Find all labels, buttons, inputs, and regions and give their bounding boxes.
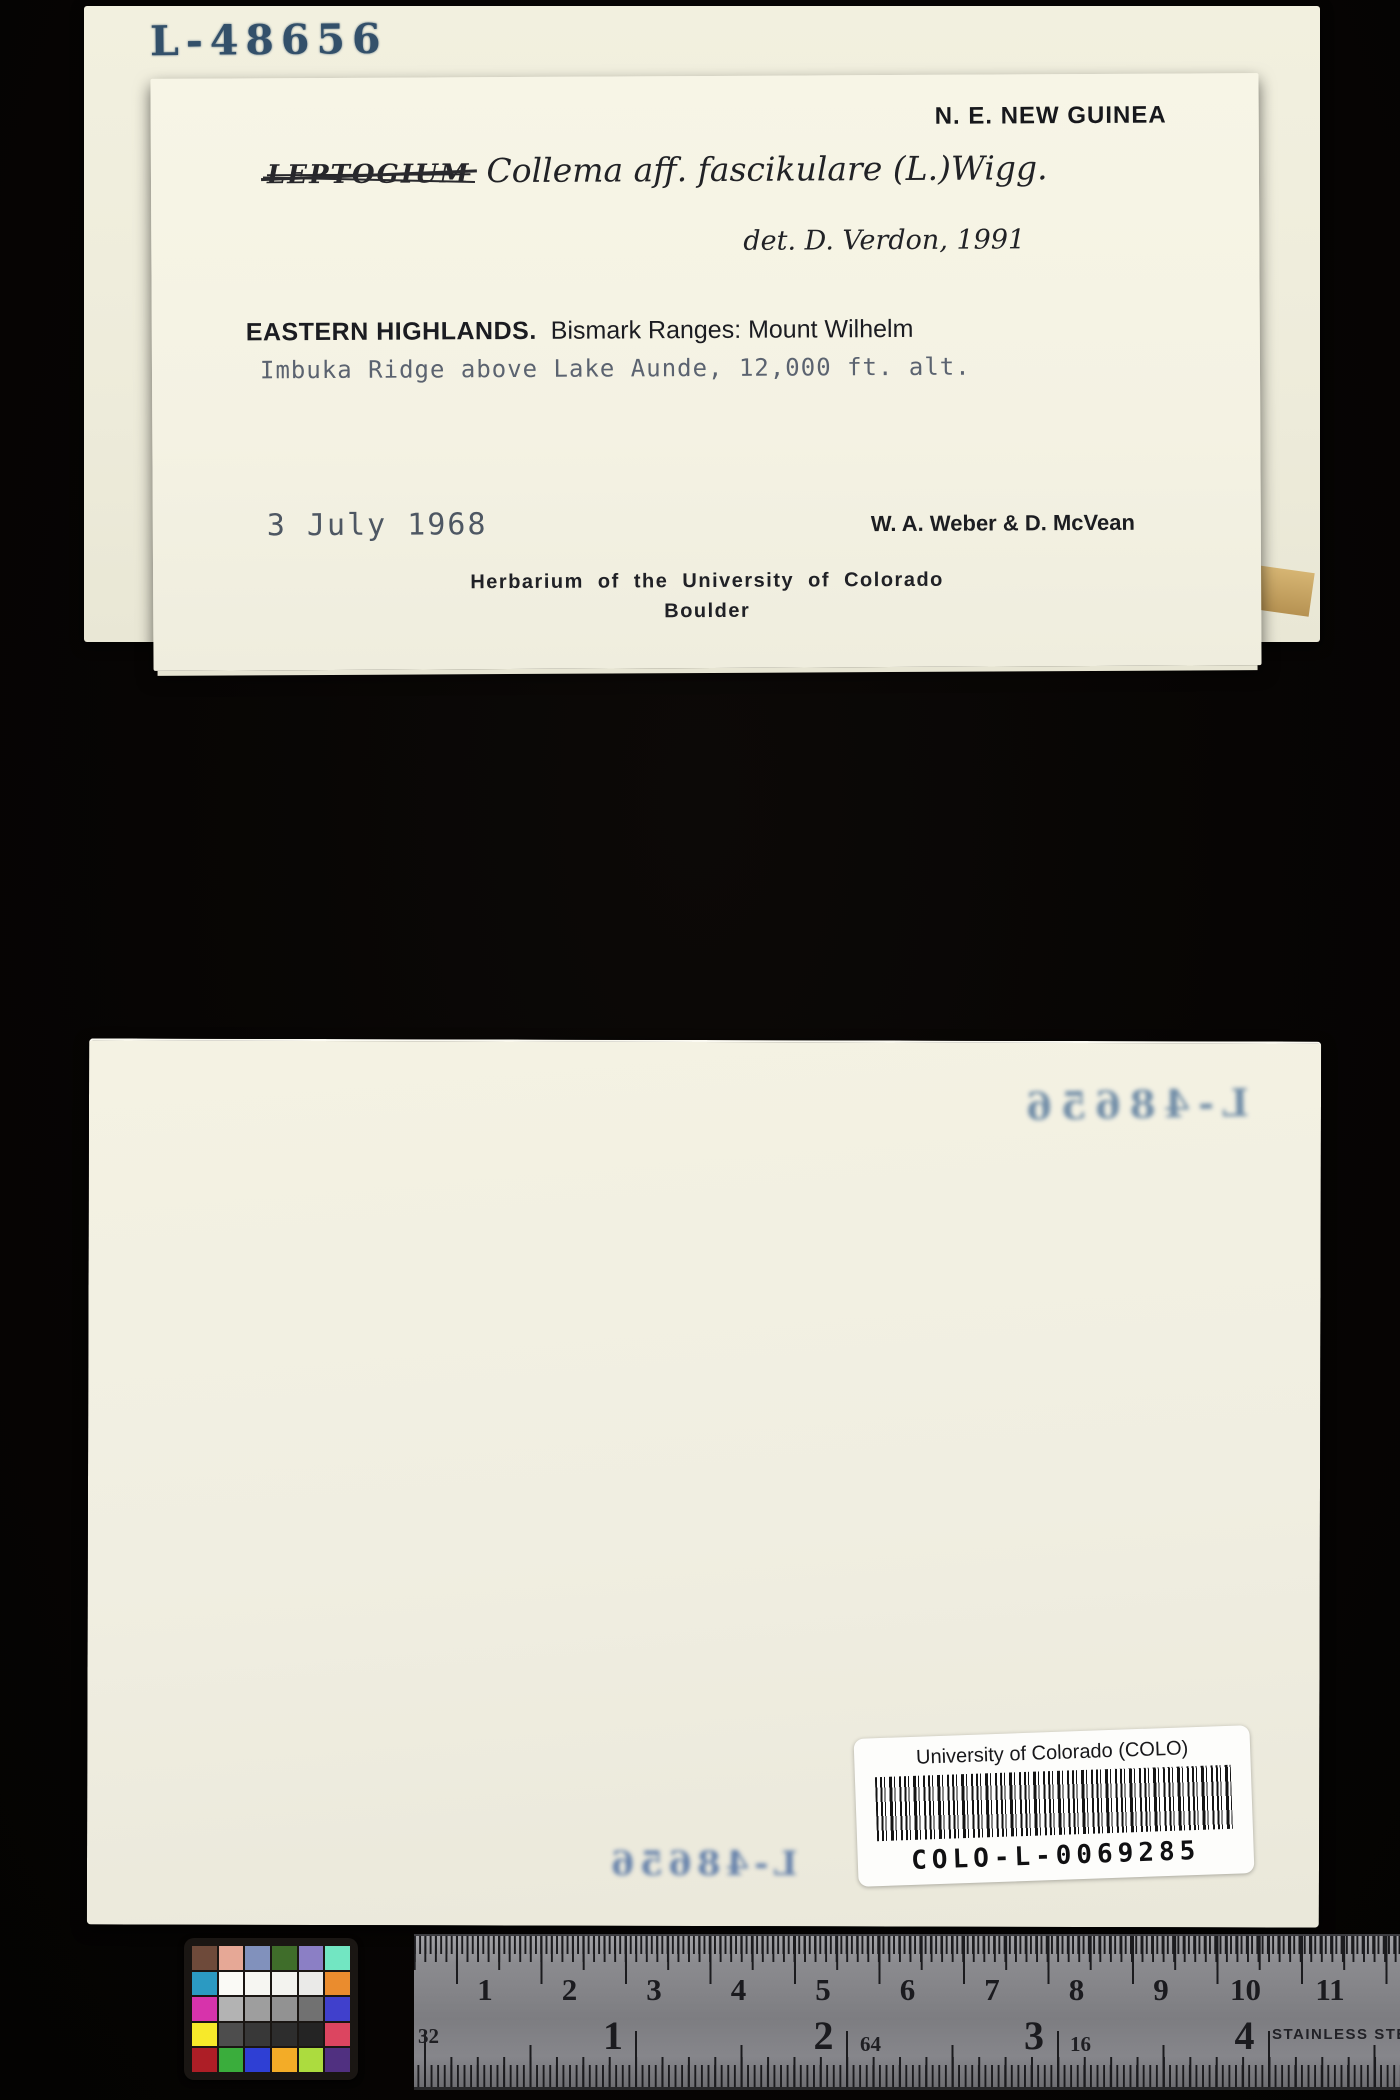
color-swatch xyxy=(192,1972,217,1996)
color-swatch xyxy=(299,2048,324,2072)
color-calibration-target xyxy=(184,1938,358,2080)
ruler-number: 4 xyxy=(1235,2012,1255,2059)
color-swatch xyxy=(299,1972,324,1996)
herbarium-line: Herbarium of the University of Colorado xyxy=(153,567,1261,596)
barcode-label: University of Colorado (COLO) COLO-L-006… xyxy=(854,1725,1255,1887)
determiner-line: det. D. Verdon, 1991 xyxy=(743,224,1025,256)
locality-typed-line: Imbuka Ridge above Lake Aunde, 12,000 ft… xyxy=(260,353,971,385)
scale-label-16: 16 xyxy=(1070,2032,1091,2057)
bleed-through-stamp: L-48656 xyxy=(1018,1080,1249,1129)
ruler-number: 1 xyxy=(477,1972,493,2008)
color-swatch xyxy=(192,2023,217,2047)
color-swatch xyxy=(272,2048,297,2072)
color-swatch xyxy=(219,1972,244,1996)
color-swatch xyxy=(245,2048,270,2072)
barcode-number: COLO-L-0069285 xyxy=(871,1835,1240,1878)
province-name: EASTERN HIGHLANDS. xyxy=(246,317,537,347)
color-swatch xyxy=(299,2023,324,2047)
color-swatch xyxy=(325,1972,350,1996)
ruler-number: 2 xyxy=(814,2012,834,2059)
ruler-number: 11 xyxy=(1315,1972,1344,2008)
struck-genus: LEPTOGIUM xyxy=(267,159,471,190)
color-swatch xyxy=(219,1946,244,1970)
determination-handwriting: Collema aff. fascikulare (L.)Wigg. xyxy=(486,148,1047,190)
collectors-names: W. A. Weber & D. McVean xyxy=(871,510,1135,537)
ruler-number: 3 xyxy=(1024,2012,1044,2059)
color-swatch xyxy=(219,1997,244,2021)
color-swatch xyxy=(272,1972,297,1996)
ruler-brand-text: STAINLESS STE xyxy=(1272,2026,1400,2043)
collection-date: 3 July 1968 xyxy=(267,507,488,543)
ruler-number: 2 xyxy=(562,1972,578,2008)
ruler-number: 10 xyxy=(1230,1972,1261,2008)
color-swatch xyxy=(219,2023,244,2047)
barcode-icon xyxy=(875,1765,1233,1841)
scale-label-32: 32 xyxy=(418,2024,439,2049)
color-swatch-grid xyxy=(192,1946,350,2072)
color-swatch xyxy=(245,1946,270,1970)
specimen-label-card: N. E. NEW GUINEA LEPTOGIUM Collema aff. … xyxy=(150,73,1261,671)
color-swatch xyxy=(192,2048,217,2072)
accession-number-stamp: L-48656 xyxy=(150,15,388,65)
color-swatch xyxy=(245,2023,270,2047)
color-swatch xyxy=(192,1997,217,2021)
color-swatch xyxy=(245,1997,270,2021)
color-swatch xyxy=(245,1972,270,1996)
faint-blue-stamp: L-48656 xyxy=(606,1844,797,1884)
ruler-number: 4 xyxy=(731,1972,747,2008)
stainless-ruler: 1234567891011 1234 32 64 16 STAINLESS ST… xyxy=(414,1934,1400,2090)
color-swatch xyxy=(299,1997,324,2021)
color-swatch xyxy=(272,2023,297,2047)
scale-label-64: 64 xyxy=(860,2032,881,2057)
ruler-number: 5 xyxy=(815,1972,831,2008)
color-swatch xyxy=(272,1946,297,1970)
color-swatch xyxy=(272,1997,297,2021)
color-swatch xyxy=(325,2023,350,2047)
color-swatch xyxy=(192,1946,217,1970)
ruler-number: 6 xyxy=(900,1972,916,2008)
region-title: N. E. NEW GUINEA xyxy=(935,102,1167,131)
color-swatch xyxy=(325,1946,350,1970)
scientific-name-line: LEPTOGIUM Collema aff. fascikulare (L.)W… xyxy=(267,148,1048,191)
color-swatch xyxy=(325,1997,350,2021)
locality-printed-line: EASTERN HIGHLANDS.Bismark Ranges: Mount … xyxy=(246,315,914,347)
ruler-number: 9 xyxy=(1153,1972,1169,2008)
color-swatch xyxy=(219,2048,244,2072)
locality-printed: Bismark Ranges: Mount Wilhelm xyxy=(551,315,914,345)
color-swatch xyxy=(299,1946,324,1970)
color-swatch xyxy=(325,2048,350,2072)
ruler-number: 3 xyxy=(646,1972,662,2008)
ruler-number: 1 xyxy=(603,2012,623,2059)
herbarium-city: Boulder xyxy=(153,597,1261,626)
ruler-number: 8 xyxy=(1069,1972,1085,2008)
ruler-number: 7 xyxy=(984,1972,1000,2008)
